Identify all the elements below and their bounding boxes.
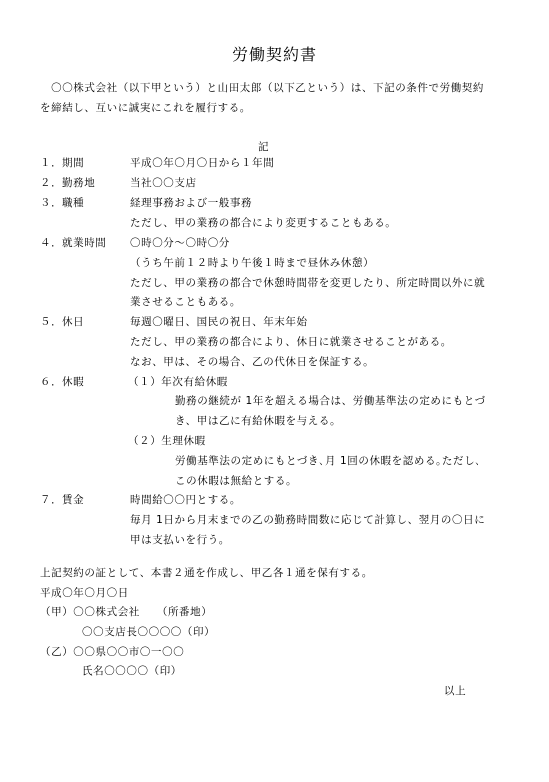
item-text-1-1: 平成〇年〇月〇日から１年間 (130, 156, 274, 170)
sub-head-1: （１）年次有給休暇 (128, 375, 228, 389)
item-text-4-4: 業させることもある。 (130, 295, 241, 309)
item-num-4: ４． (40, 236, 62, 250)
document-title: 労働契約書 (0, 42, 549, 65)
item-label-4: 就業時間 (62, 236, 106, 250)
item-text-5-1: 毎週〇曜日、国民の祝日、年末年始 (130, 315, 308, 329)
item-text-7-2: 毎月 1日から月末までの乙の勤務時間数に応じて計算し、翌月の〇日に (130, 513, 485, 527)
sub-text-2-2: この休暇は無給とする。 (175, 474, 297, 488)
party-a-line-2: 〇〇支店長〇〇〇〇（印） (82, 625, 215, 639)
item-label-7: 賃金 (62, 493, 84, 507)
item-num-7: ７． (40, 493, 62, 507)
end-mark: 以上 (444, 684, 466, 698)
item-num-3: ３． (40, 196, 62, 210)
party-b-line-2: 氏名〇〇〇〇（印） (82, 664, 182, 678)
sub-text-1-2: き、甲は乙に有給休暇を与える。 (175, 414, 341, 428)
item-text-3-2: ただし、甲の業務の都合により変更することもある。 (130, 216, 396, 230)
item-text-7-3: 甲は支払いを行う。 (130, 533, 230, 547)
sub-head-2: （２）生理休暇 (128, 434, 206, 448)
item-text-5-2: ただし、甲の業務の都合により、休日に就業させることがある。 (130, 335, 452, 349)
item-text-5-3: なお、甲は、その場合、乙の代休日を保証する。 (130, 355, 374, 369)
intro-line-2: を締結し、互いに誠実にこれを履行する。 (40, 101, 251, 115)
sub-text-2-1: 労働基準法の定めにもとづき､月 1回の休暇を認める｡ただし､ (175, 454, 481, 468)
item-num-5: ５． (40, 315, 62, 329)
item-text-2-1: 当社〇〇支店 (130, 176, 197, 190)
closing-statement: 上記契約の証として、本書２通を作成し、甲乙各１通を保有する。 (40, 566, 373, 580)
item-label-2: 勤務地 (62, 176, 95, 190)
item-num-2: ２． (40, 176, 62, 190)
contract-date: 平成〇年〇月〇日 (40, 586, 129, 600)
item-text-3-1: 経理事務および一般事務 (130, 196, 252, 210)
item-label-5: 休日 (62, 315, 84, 329)
intro-line-1: 〇〇株式会社（以下甲という）と山田太郎（以下乙という）は、下記の条件で労働契約 (40, 81, 484, 95)
item-label-1: 期間 (62, 156, 84, 170)
item-text-4-3: ただし、甲の業務の都合で休憩時間帯を変更したり、所定時間以外に就 (130, 276, 485, 290)
ki-heading: 記 (258, 140, 269, 154)
item-text-4-2: （うち午前１２時より午後１時まで昼休み休憩） (130, 256, 374, 270)
item-text-4-1: 〇時〇分～〇時〇分 (130, 236, 230, 250)
party-b-line-1: （乙）〇〇県〇〇市〇一〇〇 (40, 645, 184, 659)
sub-text-1-1: 勤務の継続が 1年を超える場合は、労働基準法の定めにもとづ (175, 394, 486, 408)
party-a-line-1: （甲）〇〇株式会社 （所番地） (40, 605, 212, 619)
item-label-3: 職種 (62, 196, 84, 210)
item-text-7-1: 時間給〇〇円とする。 (130, 493, 241, 507)
item-label-6: 休暇 (62, 375, 84, 389)
item-num-1: １． (40, 156, 62, 170)
item-num-6: ６． (40, 375, 62, 389)
